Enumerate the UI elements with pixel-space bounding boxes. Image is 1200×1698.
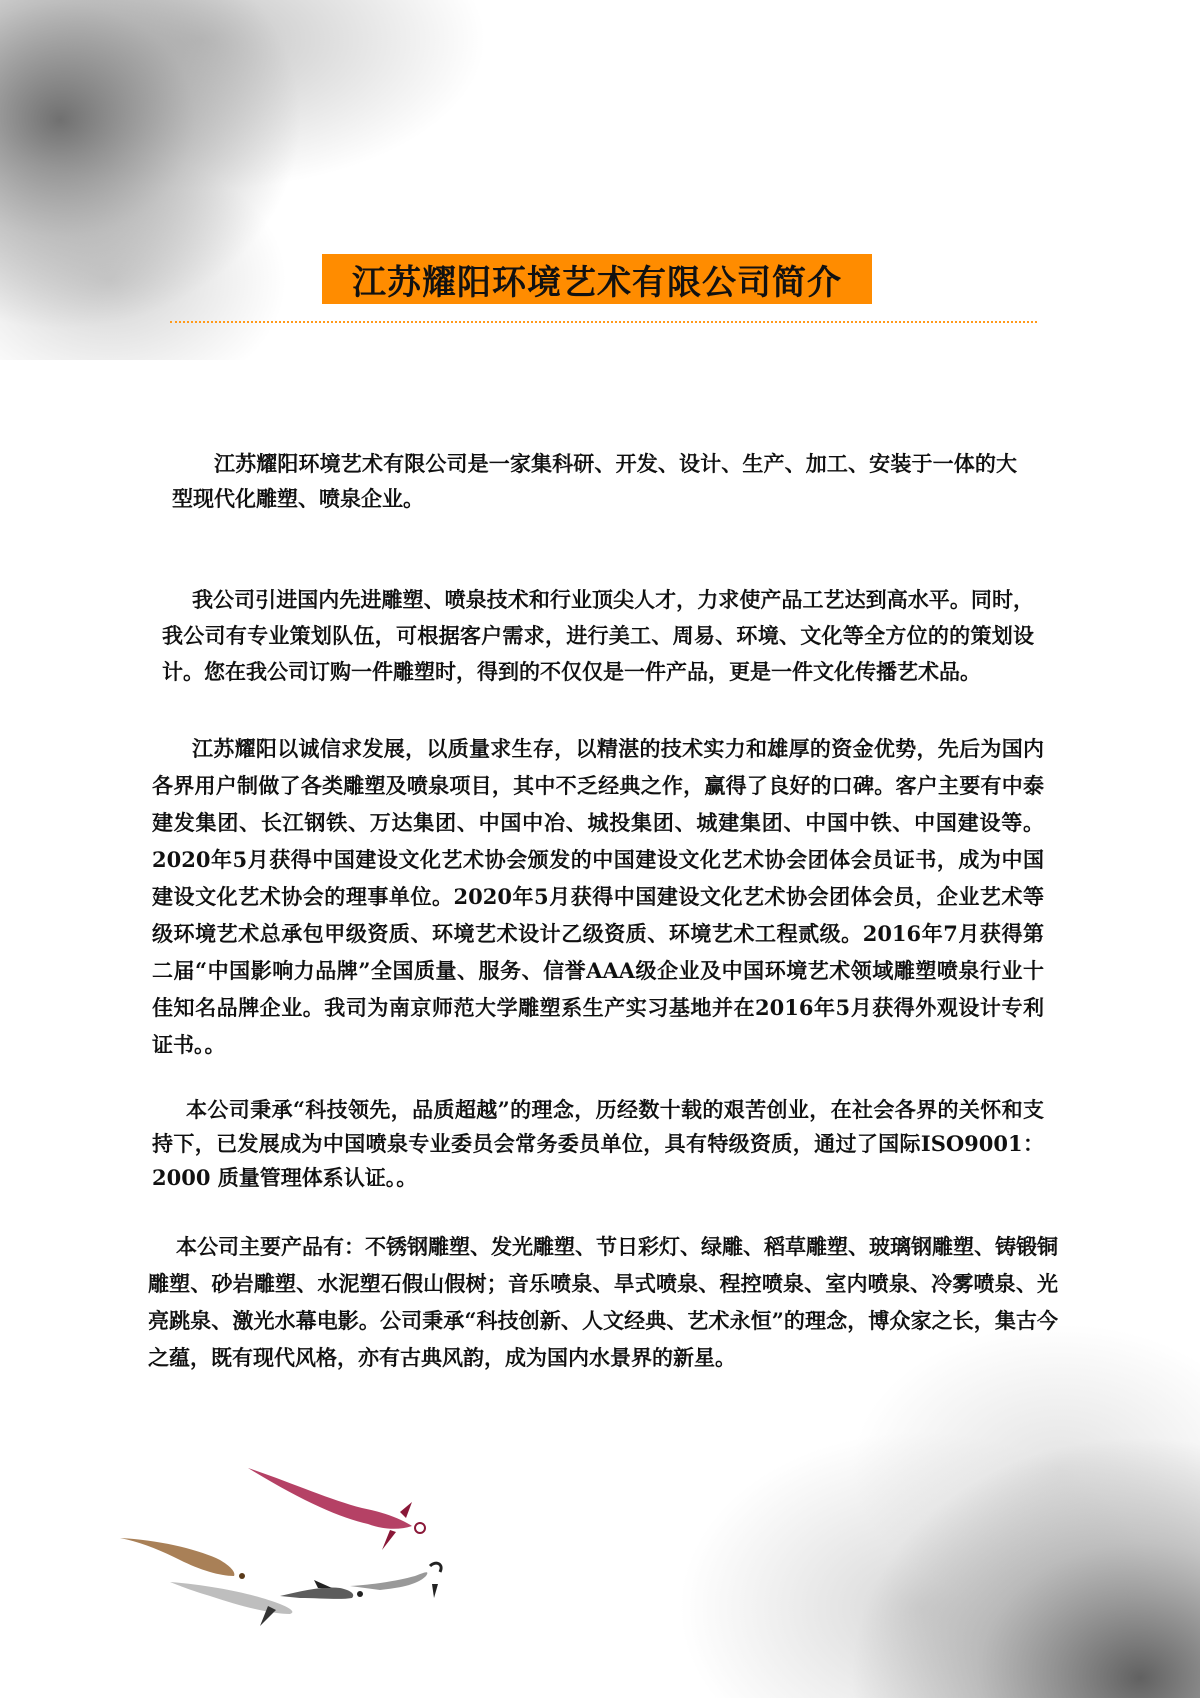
paragraph-products: 本公司主要产品有：不锈钢雕塑、发光雕塑、节日彩灯、绿雕、稻草雕塑、玻璃钢雕塑、铸… xyxy=(148,1228,1058,1376)
paragraph-talent: 我公司引进国内先进雕塑、喷泉技术和行业顶尖人才，力求使产品工艺达到高水平。同时，… xyxy=(162,582,1034,690)
title-divider xyxy=(170,321,1037,323)
paragraph-achievements: 江苏耀阳以诚信求发展，以质量求生存，以精湛的技术实力和雄厚的资金优势，先后为国内… xyxy=(152,730,1044,1063)
ink-fish-icon xyxy=(100,1400,480,1640)
page-title-text: 江苏耀阳环境艺术有限公司简介 xyxy=(352,255,842,304)
ink-wash-top-decoration xyxy=(0,0,560,360)
paragraph-philosophy: 本公司秉承“科技领先，品质超越”的理念，历经数十载的艰苦创业，在社会各界的关怀和… xyxy=(152,1093,1044,1195)
page-title: 江苏耀阳环境艺术有限公司简介 xyxy=(322,254,872,304)
paragraph-intro: 江苏耀阳环境艺术有限公司是一家集科研、开发、设计、生产、加工、安装于一体的大型现… xyxy=(172,446,1017,516)
